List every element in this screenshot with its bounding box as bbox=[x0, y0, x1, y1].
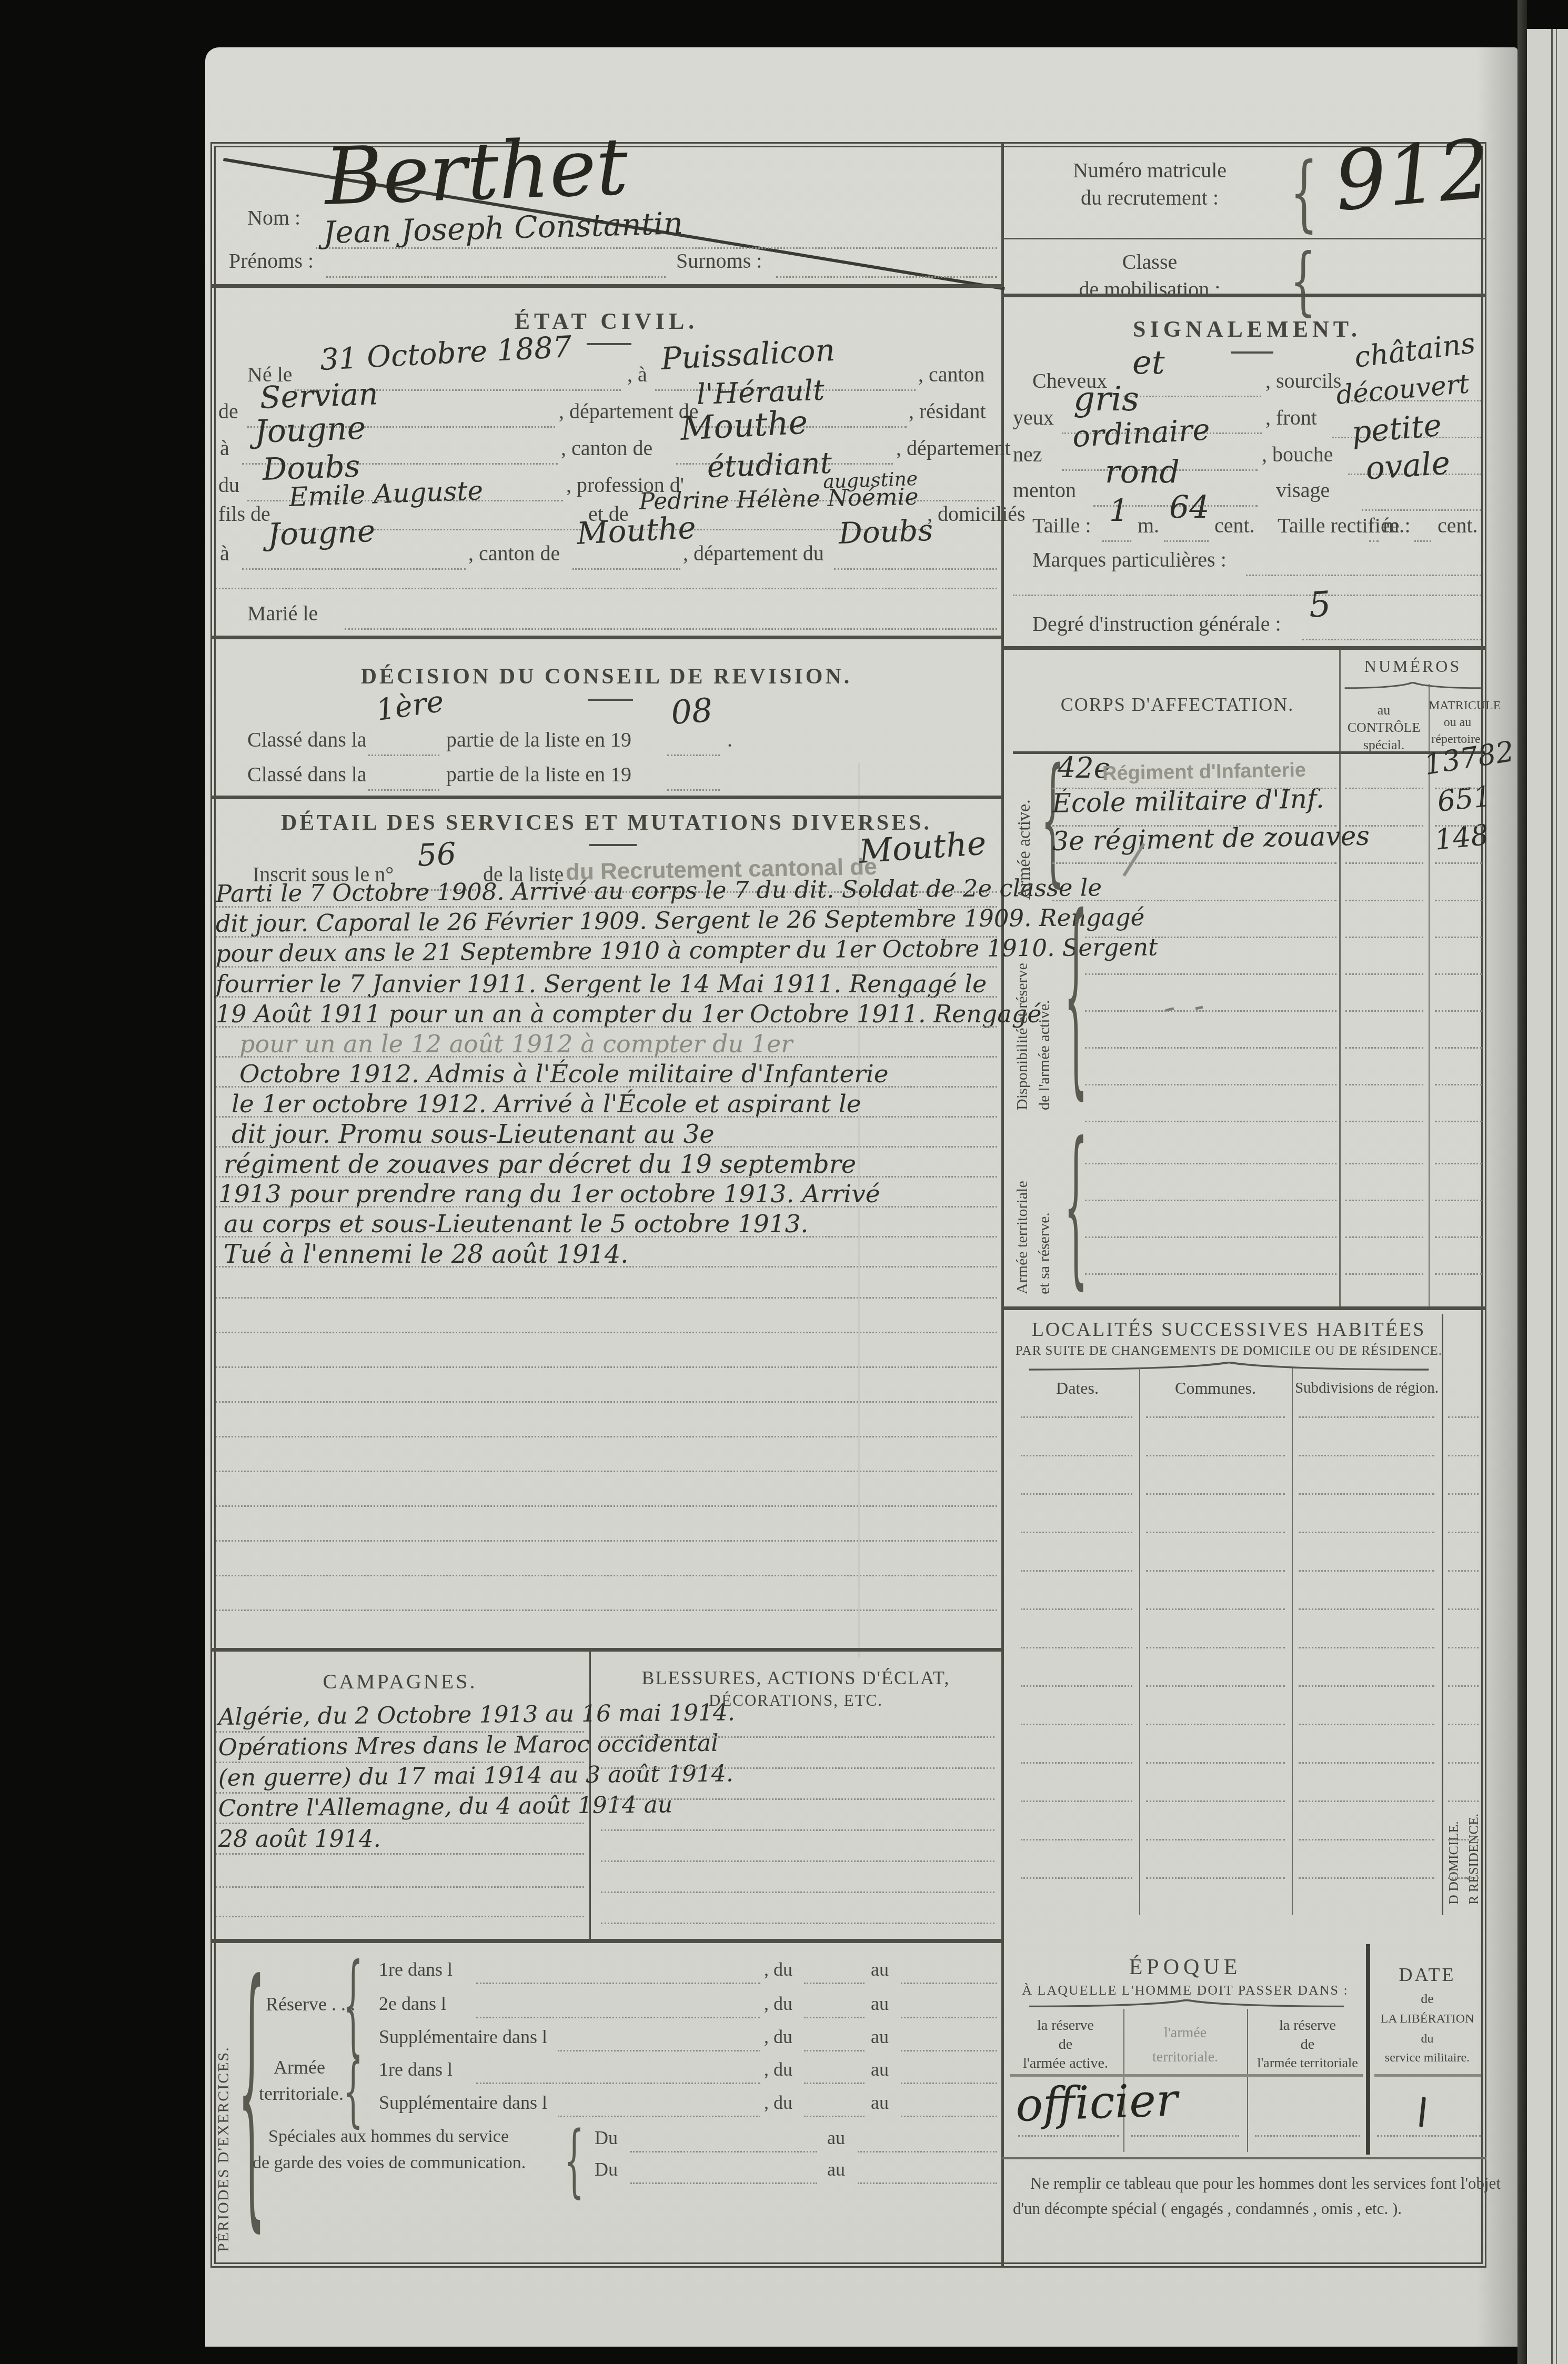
dotted-line bbox=[1299, 1800, 1434, 1802]
brace-icon: { bbox=[1064, 1120, 1088, 1291]
residence: Jougne bbox=[254, 410, 367, 450]
dotted-line bbox=[1377, 2135, 1481, 2137]
speciales-au-label: au bbox=[827, 2158, 845, 2180]
territoriale-side-label-2: et sa réserve. bbox=[1036, 1115, 1053, 1294]
epoque-col3-3: l'armée territoriale bbox=[1250, 2055, 1365, 2071]
dotted-line bbox=[216, 1853, 584, 1855]
dotted-line bbox=[216, 1206, 997, 1208]
dotted-line bbox=[242, 568, 466, 570]
degre-value: 5 bbox=[1308, 584, 1332, 626]
dotted-line bbox=[1146, 1532, 1285, 1533]
service-line: le 1er octobre 1912. Arrivé à l'École et… bbox=[232, 1090, 861, 1119]
dotted-line bbox=[1448, 1493, 1479, 1495]
yeux-label: yeux bbox=[1013, 405, 1054, 430]
departement-de-label: , département de bbox=[559, 399, 698, 424]
table-column-line bbox=[1139, 1368, 1140, 1915]
dotted-line bbox=[601, 1829, 994, 1831]
dotted-line bbox=[1435, 862, 1482, 864]
dotted-line bbox=[216, 1505, 997, 1507]
front-label: , front bbox=[1265, 405, 1317, 430]
service-line: régiment de zouaves par décret du 19 sep… bbox=[224, 1150, 856, 1179]
service-line: au corps et sous-Lieutenant le 5 octobre… bbox=[224, 1210, 809, 1239]
cent-label: cent. bbox=[1214, 513, 1255, 538]
dotted-line bbox=[804, 2083, 865, 2084]
epoque-column-line bbox=[1247, 2009, 1248, 2152]
dotted-line bbox=[216, 1886, 584, 1888]
header-separator-right bbox=[1002, 294, 1486, 297]
brace-icon: { bbox=[343, 1950, 363, 2060]
dotted-line bbox=[1345, 862, 1423, 864]
dotted-line bbox=[216, 1436, 997, 1437]
menton-value: rond bbox=[1105, 454, 1180, 490]
bouche-label: , bouche bbox=[1262, 442, 1333, 467]
column-divider bbox=[1001, 142, 1004, 2268]
corps-affectation-header: CORPS D'AFFECTATION. bbox=[1016, 693, 1339, 716]
header-separator bbox=[210, 284, 1002, 288]
nom-label: Nom : bbox=[247, 205, 300, 230]
dotted-line bbox=[1435, 1200, 1482, 1201]
title-dash bbox=[588, 699, 633, 701]
dotted-line bbox=[1435, 1236, 1482, 1238]
date-liberation-4: du bbox=[1368, 2032, 1486, 2046]
decision-title: DÉCISION DU CONSEIL DE REVISION. bbox=[210, 664, 1002, 689]
epoque-col2-2: territoriale. bbox=[1126, 2049, 1244, 2066]
service-line: Octobre 1912. Admis à l'École militaire … bbox=[239, 1060, 889, 1089]
matricule-header-2: ou au bbox=[1429, 716, 1486, 730]
dotted-line bbox=[476, 1983, 760, 1984]
dotted-line bbox=[1345, 1010, 1423, 1012]
dotted-line bbox=[1021, 1877, 1132, 1879]
classe-liste-1-annee: 08 bbox=[670, 691, 714, 732]
campagne-line: Contre l'Allemagne, du 4 août 1914 au bbox=[218, 1791, 673, 1822]
scanned-register-page: Nom : Berthet Prénoms : Jean Joseph Cons… bbox=[0, 0, 1568, 2364]
dotted-line bbox=[1021, 1570, 1132, 1572]
date-liberation-5: service militaire. bbox=[1368, 2051, 1486, 2065]
dotted-line bbox=[1146, 1416, 1285, 1418]
dotted-line bbox=[1299, 1455, 1434, 1456]
nez-value: ordinaire bbox=[1072, 413, 1211, 454]
dotted-line bbox=[1131, 2135, 1239, 2137]
dotted-line bbox=[1052, 825, 1336, 827]
dotted-line bbox=[1018, 2135, 1119, 2137]
dotted-line bbox=[216, 1731, 584, 1733]
prenoms-label: Prénoms : bbox=[229, 248, 314, 273]
dotted-line bbox=[1102, 540, 1131, 542]
dotted-line bbox=[1448, 1532, 1479, 1533]
au-label: au bbox=[871, 2058, 889, 2080]
visage-label: visage bbox=[1276, 478, 1330, 502]
dotted-line bbox=[1435, 1084, 1482, 1085]
periodes-side-label: PÉRIODES D'EXERCICES. bbox=[215, 1957, 233, 2252]
dotted-line bbox=[1299, 1532, 1434, 1533]
dotted-line bbox=[1345, 1163, 1423, 1164]
speciales-label-2: de garde des voies de communication. bbox=[253, 2153, 526, 2173]
service-line: 19 Août 1911 pour un an à compter du 1er… bbox=[216, 1000, 1041, 1028]
dotted-line bbox=[216, 1056, 997, 1058]
visage-value: ovale bbox=[1364, 445, 1451, 487]
next-page-rule bbox=[1551, 29, 1553, 2364]
dotted-line bbox=[1123, 396, 1261, 397]
mother-name-sup: augustine bbox=[823, 468, 918, 493]
corps-row2-num: 651 bbox=[1435, 780, 1493, 818]
dotted-line bbox=[901, 2050, 997, 2051]
a3-label: à bbox=[220, 541, 229, 566]
dotted-line bbox=[1146, 1800, 1285, 1802]
date-liberation-2: de bbox=[1368, 1991, 1486, 2007]
dotted-line bbox=[1448, 1724, 1479, 1725]
yeux-value: gris bbox=[1073, 380, 1139, 419]
dotted-line bbox=[804, 1983, 865, 1984]
dotted-line bbox=[1345, 825, 1423, 827]
au-label: au bbox=[871, 1958, 889, 1980]
dotted-line bbox=[1435, 788, 1482, 789]
campagne-line: 28 août 1914. bbox=[218, 1826, 381, 1853]
dotted-line bbox=[1021, 1493, 1132, 1495]
dotted-line bbox=[1052, 862, 1336, 864]
disponibilite-side-label-1: Disponibilité et réserve bbox=[1013, 884, 1031, 1110]
matricule-number: 912 bbox=[1331, 121, 1494, 229]
dotted-line bbox=[216, 1116, 997, 1118]
dotted-line bbox=[858, 2182, 997, 2184]
dotted-line bbox=[1146, 1724, 1285, 1725]
inscrit-numero: 56 bbox=[416, 836, 457, 873]
dotted-line bbox=[1013, 595, 1481, 596]
blessures-title-2: DÉCORATIONS, ETC. bbox=[589, 1691, 1002, 1710]
dotted-line bbox=[858, 2151, 997, 2152]
armee-active-side-label: Armée active. bbox=[1014, 747, 1034, 900]
dotted-line bbox=[1146, 1685, 1285, 1687]
dotted-line bbox=[572, 568, 680, 570]
dotted-line bbox=[1246, 575, 1481, 576]
au-label: au bbox=[871, 2026, 889, 2048]
dotted-line bbox=[1085, 937, 1336, 938]
dotted-line bbox=[1021, 1762, 1132, 1764]
speciales-du-label: Du bbox=[595, 2158, 618, 2180]
dotted-line bbox=[1414, 540, 1431, 542]
domicilies-label: , domiciliés bbox=[927, 501, 1026, 526]
brace-icon: { bbox=[1290, 245, 1316, 318]
disponibilite-side-label-2: de l'armée active. bbox=[1036, 884, 1053, 1110]
section-separator-right bbox=[1002, 646, 1486, 650]
dotted-line bbox=[1299, 1608, 1434, 1610]
dotted-line bbox=[558, 2116, 760, 2117]
departement-du-label: , département du bbox=[683, 541, 824, 566]
domicile-canton: Mouthe bbox=[576, 509, 697, 551]
dotted-line bbox=[1435, 825, 1482, 827]
dotted-line bbox=[1085, 1121, 1336, 1122]
dotted-line bbox=[216, 1916, 584, 1917]
dotted-line bbox=[630, 2151, 817, 2152]
dotted-line bbox=[216, 966, 997, 968]
horizontal-brace bbox=[1343, 682, 1482, 689]
dotted-line bbox=[901, 2116, 997, 2117]
dotted-line bbox=[368, 755, 439, 756]
cent2-label: cent. bbox=[1438, 513, 1478, 538]
campagne-line: (en guerre) du 17 mai 1914 au 3 août 191… bbox=[218, 1760, 733, 1792]
menton-label: menton bbox=[1013, 478, 1076, 502]
dotted-line bbox=[1299, 1724, 1434, 1725]
localites-col-subdivisions: Subdivisions de région. bbox=[1292, 1380, 1442, 1397]
dotted-line bbox=[601, 1892, 994, 1893]
service-line: Tué à l'ennemi le 28 août 1914. bbox=[224, 1240, 629, 1269]
m-label: m. bbox=[1138, 513, 1159, 538]
dotted-line bbox=[667, 755, 720, 756]
date-liberation-3: LA LIBÉRATION bbox=[1368, 2012, 1486, 2026]
dotted-line bbox=[901, 2083, 997, 2084]
dotted-line bbox=[1164, 540, 1209, 542]
marques-label: Marques particulières : bbox=[1032, 547, 1227, 572]
dotted-line bbox=[1435, 1010, 1482, 1012]
dotted-line bbox=[1052, 900, 1336, 901]
dotted-line bbox=[601, 1798, 994, 1800]
armee-territoriale-label-1: Armée bbox=[274, 2056, 325, 2078]
period-dot: . bbox=[727, 727, 732, 752]
residence-canton: Mouthe bbox=[679, 403, 809, 448]
dotted-line bbox=[326, 276, 666, 278]
localites-col-dates: Dates. bbox=[1016, 1379, 1139, 1398]
classe-liste-1-label: Classé dans la bbox=[247, 727, 367, 752]
dotted-line bbox=[1146, 1647, 1285, 1648]
campagnes-title: CAMPAGNES. bbox=[210, 1669, 589, 1694]
dotted-line bbox=[1369, 540, 1379, 542]
dotted-line bbox=[601, 1923, 994, 1924]
dotted-line bbox=[1299, 1762, 1434, 1764]
dotted-line bbox=[216, 1471, 997, 1472]
dotted-line bbox=[1299, 1839, 1434, 1840]
dotted-line bbox=[1299, 1877, 1434, 1879]
dotted-line bbox=[1345, 788, 1423, 789]
dotted-line bbox=[1085, 1010, 1336, 1012]
dotted-line bbox=[216, 1146, 997, 1148]
epoque-col3-2: de bbox=[1250, 2036, 1365, 2053]
dotted-line bbox=[1021, 1800, 1132, 1802]
du-label: , du bbox=[764, 1958, 792, 1980]
du-label: , du bbox=[764, 2058, 792, 2080]
dotted-line bbox=[1448, 1877, 1479, 1879]
dotted-line bbox=[216, 1575, 997, 1576]
departement-label: , département bbox=[896, 436, 1011, 460]
dotted-line bbox=[476, 2017, 760, 2018]
epoque-col3-1: la réserve bbox=[1250, 2017, 1365, 2034]
dotted-line bbox=[1345, 1121, 1423, 1122]
dotted-line bbox=[1448, 1685, 1479, 1687]
campagne-line: Opérations Mres dans le Maroc occidental bbox=[218, 1730, 719, 1761]
matricule-header-1: MATRICULE bbox=[1429, 699, 1486, 713]
next-page-rule-2 bbox=[1556, 29, 1557, 2364]
dotted-line bbox=[1435, 1121, 1482, 1122]
dotted-line bbox=[804, 2050, 865, 2051]
title-dash bbox=[587, 343, 631, 345]
dotted-line bbox=[368, 789, 439, 791]
taille-m-value: 1 bbox=[1109, 492, 1129, 528]
classe-liste-1-mid: partie de la liste en 19 bbox=[446, 727, 631, 752]
dotted-line bbox=[216, 1823, 584, 1824]
etat-civil-title: ÉTAT CIVIL. bbox=[210, 308, 1002, 335]
territoriale-row2-label: Supplémentaire dans l bbox=[379, 2091, 547, 2114]
dotted-line bbox=[1448, 1608, 1479, 1610]
territoriale-side-label-1: Armée territoriale bbox=[1013, 1115, 1031, 1294]
dotted-line bbox=[667, 789, 720, 791]
dotted-line bbox=[1345, 937, 1423, 938]
dotted-line bbox=[1299, 1493, 1434, 1495]
du-label: du bbox=[218, 472, 239, 497]
reserve-row3-label: Supplémentaire dans l bbox=[379, 2026, 547, 2048]
section-separator bbox=[210, 1939, 1002, 1943]
dotted-line bbox=[1435, 900, 1482, 901]
title-dash bbox=[1231, 351, 1273, 354]
dotted-line bbox=[1345, 1047, 1423, 1049]
fils-de-label: fils de bbox=[218, 501, 270, 526]
reserve-row1-label: 1re dans l bbox=[379, 1958, 453, 1980]
dotted-line bbox=[1021, 1416, 1132, 1418]
dotted-line bbox=[1435, 1163, 1482, 1164]
dotted-line bbox=[558, 2050, 760, 2051]
dotted-line bbox=[1021, 1839, 1132, 1840]
section-separator bbox=[210, 1648, 1002, 1652]
profession: étudiant bbox=[707, 446, 833, 485]
dotted-line bbox=[1448, 1416, 1479, 1418]
classe-liste-2-mid: partie de la liste en 19 bbox=[446, 762, 631, 787]
matricule-label-2: du recrutement : bbox=[1013, 185, 1286, 210]
section-separator bbox=[210, 636, 1002, 639]
epoque-bottom-rule bbox=[1002, 2157, 1486, 2159]
dotted-line bbox=[804, 2017, 865, 2018]
epoque-note-1: Ne remplir ce tableau que pour les homme… bbox=[1030, 2174, 1501, 2193]
du-label: , du bbox=[764, 2026, 792, 2048]
dotted-line bbox=[1299, 1685, 1434, 1687]
epoque-header-rule bbox=[1374, 2074, 1481, 2077]
nez-label: nez bbox=[1013, 442, 1042, 467]
localites-col-communes: Communes. bbox=[1139, 1379, 1292, 1398]
dotted-line bbox=[1345, 1084, 1423, 1085]
dotted-line bbox=[1435, 1047, 1482, 1049]
dotted-line bbox=[1448, 1647, 1479, 1648]
controle-header-2: CONTRÔLE bbox=[1339, 720, 1429, 736]
dotted-line bbox=[1146, 1493, 1285, 1495]
dotted-line bbox=[630, 2182, 817, 2184]
dotted-line bbox=[1345, 900, 1423, 901]
brace-icon: { bbox=[1064, 888, 1088, 1100]
section-separator bbox=[210, 796, 1002, 799]
dotted-line bbox=[216, 1792, 584, 1794]
dotted-line bbox=[216, 1176, 997, 1178]
dotted-line bbox=[901, 1983, 997, 1984]
numeros-header: NUMÉROS bbox=[1339, 657, 1486, 676]
dotted-line bbox=[476, 2083, 760, 2084]
dotted-line bbox=[216, 1266, 997, 1267]
dotted-line bbox=[1299, 1647, 1434, 1648]
page-stack-edge bbox=[122, 51, 206, 2347]
territoriale-row1-label: 1re dans l bbox=[379, 2058, 453, 2080]
dotted-line bbox=[1021, 1685, 1132, 1687]
dotted-line bbox=[1146, 1839, 1285, 1840]
book-gutter bbox=[1517, 0, 1527, 2364]
dotted-line bbox=[1052, 788, 1336, 789]
dotted-line bbox=[1085, 1200, 1336, 1201]
epoque-subtitle: À LAQUELLE L'HOMME DOIT PASSER DANS : bbox=[1002, 1983, 1368, 1998]
canton-de-label: , canton de bbox=[561, 436, 652, 460]
dotted-line bbox=[1345, 1273, 1423, 1275]
dotted-line bbox=[216, 1026, 997, 1028]
dotted-line bbox=[1345, 1200, 1423, 1201]
reserve-row2-label: 2e dans l bbox=[379, 1993, 446, 2015]
matricule-label: Numéro matricule bbox=[1013, 158, 1286, 183]
horizontal-brace bbox=[1026, 1999, 1347, 2008]
localites-title: LOCALITÉS SUCCESSIVES HABITÉES bbox=[1016, 1318, 1442, 1341]
dotted-line bbox=[601, 1860, 994, 1862]
epoque-col2-1: l'armée bbox=[1126, 2025, 1244, 2041]
dotted-line bbox=[1448, 1762, 1479, 1764]
dotted-line bbox=[216, 588, 997, 589]
a-label: , à bbox=[627, 362, 647, 387]
epoque-header-rule bbox=[1010, 2074, 1363, 2077]
dotted-line bbox=[1085, 973, 1336, 975]
dotted-line bbox=[1345, 973, 1423, 975]
dotted-line bbox=[216, 1236, 997, 1238]
blessures-title-1: BLESSURES, ACTIONS D'ÉCLAT, bbox=[589, 1667, 1002, 1689]
dotted-line bbox=[1299, 1416, 1434, 1418]
dotted-line bbox=[216, 996, 997, 998]
dotted-line bbox=[601, 1767, 994, 1769]
dotted-line bbox=[1362, 509, 1481, 511]
dotted-line bbox=[216, 1762, 584, 1763]
date-liberation-1: DATE bbox=[1368, 1964, 1486, 1986]
dotted-line bbox=[216, 906, 997, 908]
epoque-value-officier: officier bbox=[1015, 2074, 1179, 2132]
dotted-line bbox=[601, 1736, 994, 1738]
corps-row3-num: 148 bbox=[1433, 818, 1490, 857]
dotted-line bbox=[345, 628, 997, 630]
brace-icon: { bbox=[343, 2053, 363, 2129]
service-line-pencil: pour un an le 12 août 1912 à compter du … bbox=[239, 1030, 792, 1058]
sourcils-label: , sourcils bbox=[1265, 368, 1341, 393]
classe-label: Classe bbox=[1013, 249, 1286, 274]
service-line: fourrier le 7 Janvier 1911. Sergent le 1… bbox=[216, 970, 987, 998]
dotted-line bbox=[1302, 639, 1481, 640]
du-label: , du bbox=[764, 2091, 792, 2114]
domicile: Jougne bbox=[267, 513, 376, 552]
dotted-line bbox=[1146, 1608, 1285, 1610]
title-dash bbox=[589, 844, 637, 846]
m2-label: m. bbox=[1383, 513, 1404, 538]
controle-header-3: spécial. bbox=[1339, 737, 1429, 753]
dotted-line bbox=[1021, 1455, 1132, 1456]
taille-label: Taille : bbox=[1032, 513, 1091, 538]
dotted-line bbox=[1345, 1236, 1423, 1238]
residant-label: , résidant bbox=[909, 399, 986, 424]
dotted-line bbox=[1085, 1047, 1336, 1049]
brace-icon: { bbox=[1290, 152, 1318, 235]
reserve-label: Réserve . . . bbox=[266, 1993, 355, 2015]
classe-label-2: de mobilisation : bbox=[1013, 277, 1286, 301]
taille-cm-value: 64 bbox=[1169, 489, 1209, 526]
dotted-line bbox=[1021, 1532, 1132, 1533]
dotted-line bbox=[1448, 1570, 1479, 1572]
cheveux-value: et bbox=[1132, 343, 1165, 381]
epoque-title: ÉPOQUE bbox=[1002, 1955, 1368, 1980]
controle-header-1: au bbox=[1339, 702, 1429, 718]
dotted-line bbox=[776, 276, 997, 278]
dotted-line bbox=[216, 1332, 997, 1333]
dotted-line bbox=[834, 568, 997, 570]
dotted-line bbox=[216, 936, 997, 938]
au-label: au bbox=[871, 2091, 889, 2114]
dotted-line bbox=[1448, 1839, 1479, 1840]
dotted-line bbox=[1255, 2135, 1360, 2137]
dotted-line bbox=[1146, 1455, 1285, 1456]
horizontal-brace bbox=[1025, 1362, 1433, 1371]
residence-side-label: R RÉSIDENCE. bbox=[1466, 1326, 1482, 1905]
